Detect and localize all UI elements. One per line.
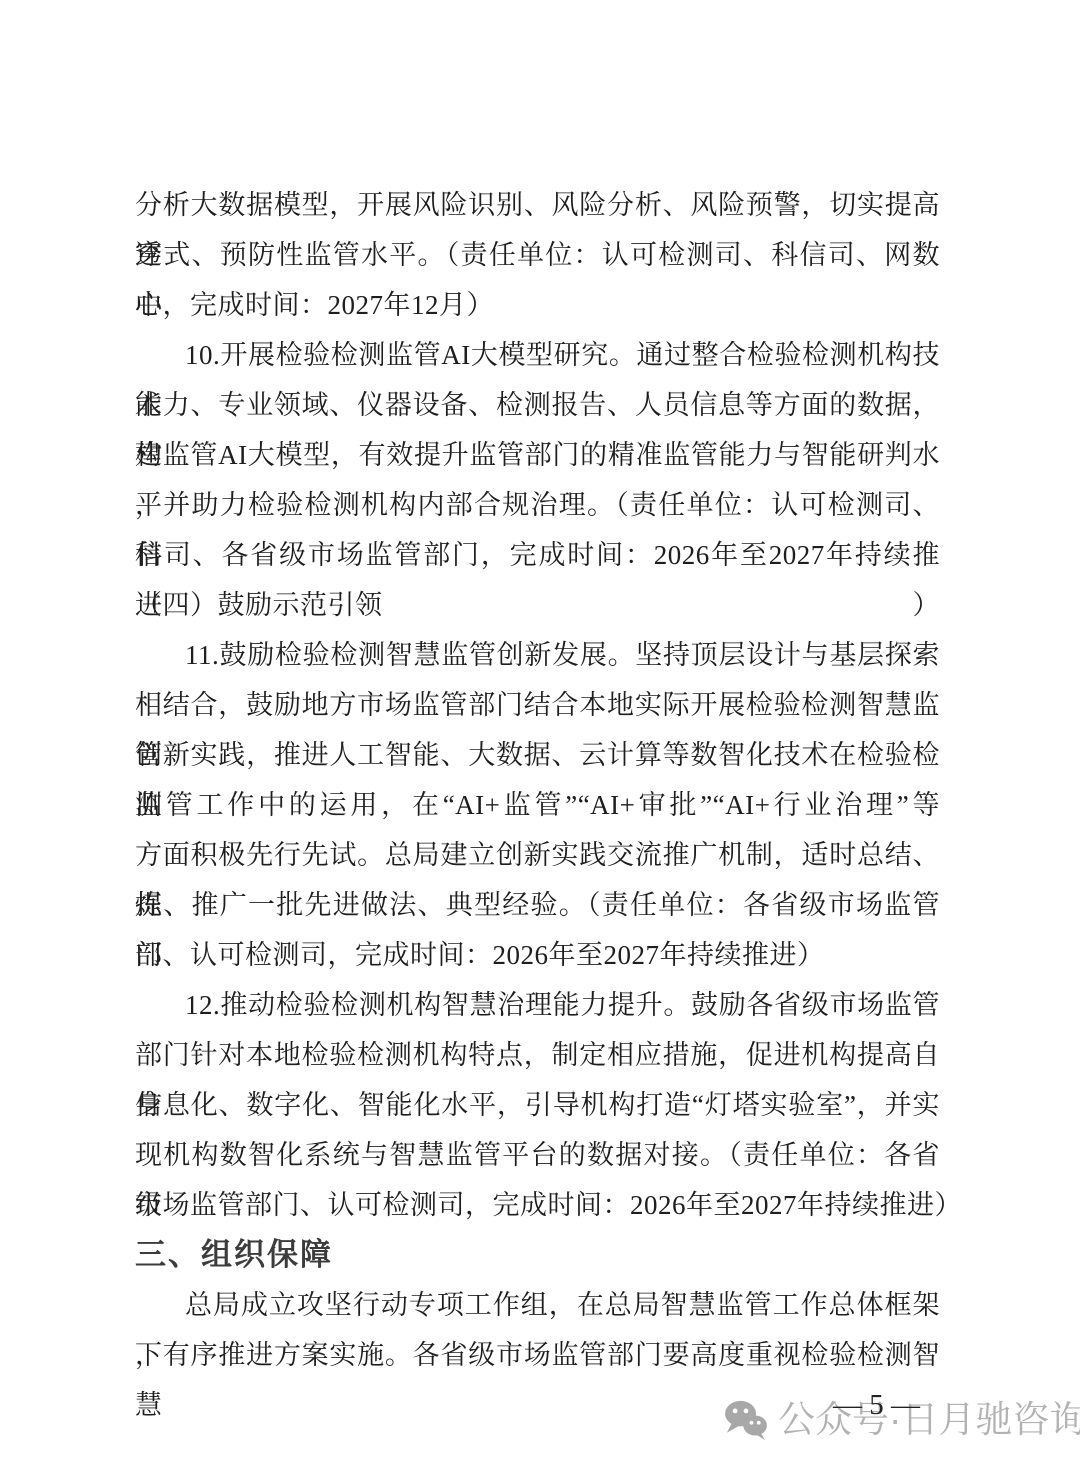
body-line: 创新实践，推进人工智能、大数据、云计算等数智化技术在检验检测: [135, 730, 940, 780]
body-line: ，有序推进方案实施。各省级市场监管部门要高度重视检验检测智慧: [135, 1330, 940, 1380]
body-line: 总局成立攻坚行动专项工作组，在总局智慧监管工作总体框架下: [135, 1280, 940, 1330]
body-line: 市场监管部门、认可检测司，完成时间：2026年至2027年持续推进）: [135, 1180, 940, 1230]
body-line: 方面积极先行先试。总局建立创新实践交流推广机制，适时总结、提: [135, 830, 940, 880]
chapter-heading-3: 三、组织保障: [135, 1230, 940, 1280]
body-line: 分析大数据模型，开展风险识别、风险分析、风险预警，切实提高穿: [135, 180, 940, 230]
page-number: — 5 —: [833, 1388, 920, 1422]
document-body: 分析大数据模型，开展风险识别、风险分析、风险预警，切实提高穿 透式、预防性监管水…: [135, 180, 940, 1380]
body-line: 10.开展检验检测监管AI大模型研究。通过整合检验检测机构技术: [135, 330, 940, 380]
body-line: 透式、预防性监管水平。（责任单位：认可检测司、科信司、网数中: [135, 230, 940, 280]
body-line: ，并助力检验检测机构内部合规治理。（责任单位：认可检测司、科: [135, 480, 940, 530]
body-line: 相结合，鼓励地方市场监管部门结合本地实际开展检验检测智慧监管: [135, 680, 940, 730]
body-line: 心，完成时间：2027年12月）: [135, 280, 940, 330]
body-line: 炼、推广一批先进做法、典型经验。（责任单位：各省级市场监管部: [135, 880, 940, 930]
body-line: 信息化、数字化、智能化水平，引导机构打造“灯塔实验室”，并实: [135, 1080, 940, 1130]
body-line: 11.鼓励检验检测智慧监管创新发展。坚持顶层设计与基层探索: [135, 630, 940, 680]
body-line: 12.推动检验检测机构智慧治理能力提升。鼓励各省级市场监管: [135, 980, 940, 1030]
document-page: 分析大数据模型，开展风险识别、风险分析、风险预警，切实提高穿 透式、预防性监管水…: [0, 0, 1080, 1465]
body-line: 现机构数智化系统与智慧监管平台的数据对接。（责任单位：各省级: [135, 1130, 940, 1180]
body-line: 信司、各省级市场监管部门，完成时间：2026年至2027年持续推进）: [135, 530, 940, 580]
body-line: 监管工作中的运用，在“AI+监管”“AI+审批”“AI+行业治理”等: [135, 780, 940, 830]
watermark-text: 公众号·日月驰咨询: [778, 1396, 1080, 1444]
body-line: 能力、专业领域、仪器设备、检测报告、人员信息等方面的数据，构: [135, 380, 940, 430]
wechat-icon: [724, 1400, 768, 1440]
body-line: 门、认可检测司，完成时间：2026年至2027年持续推进）: [135, 930, 940, 980]
body-line: 建监管AI大模型，有效提升监管部门的精准监管能力与智能研判水平: [135, 430, 940, 480]
body-line: 部门针对本地检验检测机构特点，制定相应措施，促进机构提高自身: [135, 1030, 940, 1080]
